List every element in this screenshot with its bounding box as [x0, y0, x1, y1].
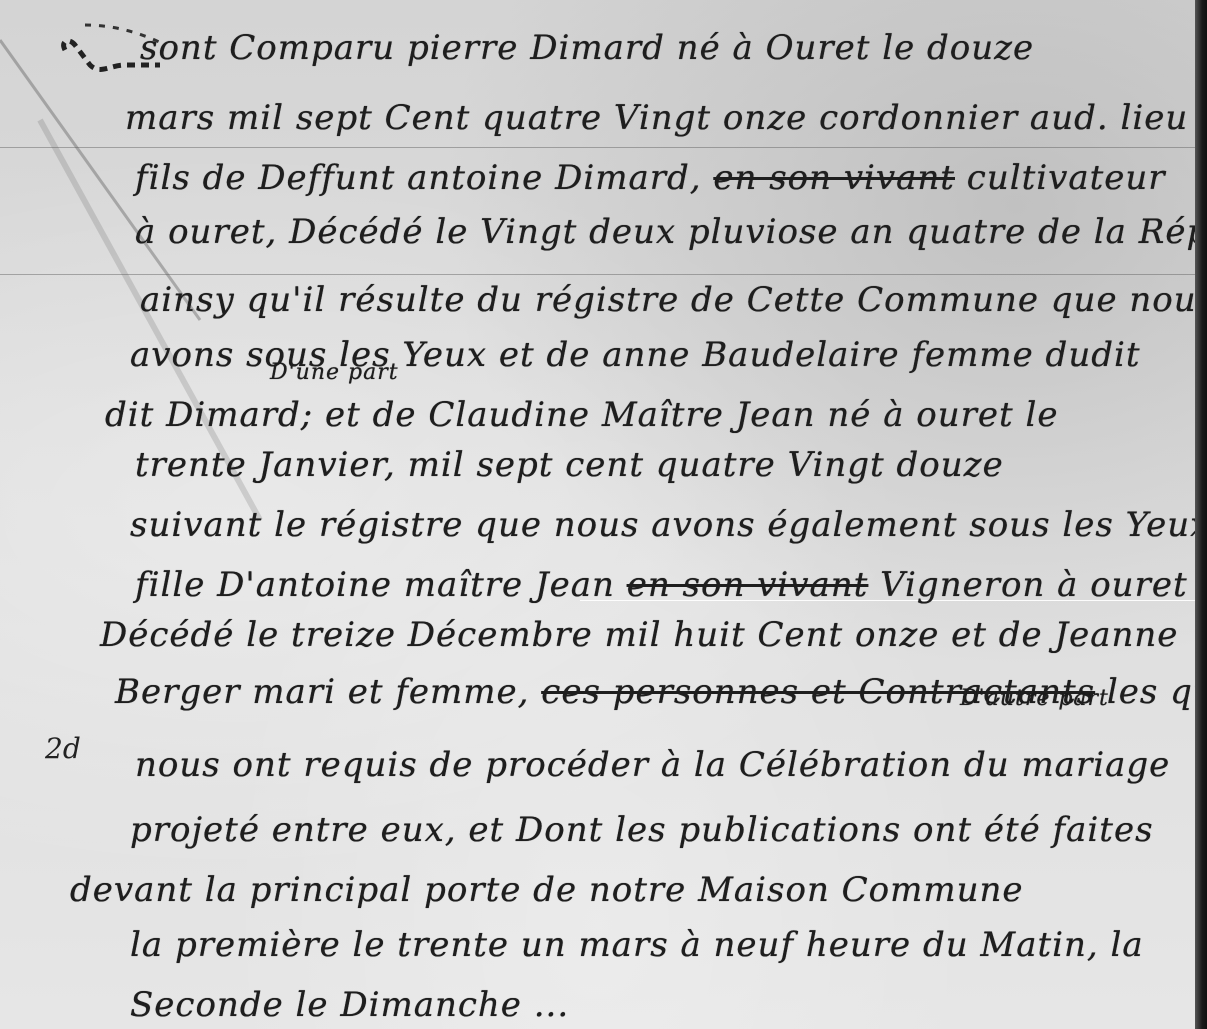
line-12-text: Berger mari et femme,	[115, 672, 529, 712]
margin-note: 2d	[45, 732, 81, 765]
ruling-line	[0, 147, 1195, 148]
line-10-text: fille D'antoine maître Jean	[135, 565, 615, 605]
line-5: ainsy qu'il résulte du régistre de Cette…	[140, 280, 1195, 320]
line-12-after: les quelles	[1107, 672, 1195, 712]
line-7-text: dit Dimard; et de Claudine Maître Jean n…	[105, 395, 1058, 435]
line-17: Seconde le Dimanche ...	[130, 985, 569, 1025]
line-3-after: cultivateur	[967, 158, 1166, 198]
line-16: la première le trente un mars à neuf heu…	[130, 925, 1144, 965]
line-3: fils de Deffunt antoine Dimard, en son v…	[135, 158, 1166, 198]
line-11: Décédé le treize Décembre mil huit Cent …	[100, 615, 1178, 655]
line-10: fille D'antoine maître Jean en son vivan…	[135, 565, 1188, 605]
line-3-text: fils de Deffunt antoine Dimard,	[135, 158, 702, 198]
page-edge-shadow	[1195, 0, 1207, 1029]
line-15: devant la principal porte de notre Maiso…	[70, 870, 1024, 910]
line-1: sont Comparu pierre Dimard né à Ouret le…	[140, 28, 1034, 68]
line-12-insertion: D'autre part	[960, 686, 1109, 711]
line-2: mars mil sept Cent quatre Vingt onze cor…	[125, 98, 1188, 138]
line-10-strikethrough: en son vivant	[627, 565, 869, 605]
line-7: dit Dimard; et de Claudine Maître Jean n…	[105, 395, 1058, 435]
line-7-insertion: D'une part	[270, 360, 399, 385]
line-8: trente Janvier, mil sept cent quatre Vin…	[135, 445, 1004, 485]
line-3-strikethrough: en son vivant	[713, 158, 955, 198]
ruling-line	[0, 274, 1195, 275]
line-9: suivant le régistre que nous avons égale…	[130, 505, 1195, 545]
line-13: nous ont requis de procéder à la Célébra…	[135, 745, 1170, 785]
line-14: projeté entre eux, et Dont les publicati…	[130, 810, 1154, 850]
line-10-after: Vigneron à ouret	[880, 565, 1188, 605]
line-4: à ouret, Décédé le Vingt deux pluviose a…	[135, 212, 1195, 252]
manuscript-page: sont Comparu pierre Dimard né à Ouret le…	[0, 0, 1195, 1029]
